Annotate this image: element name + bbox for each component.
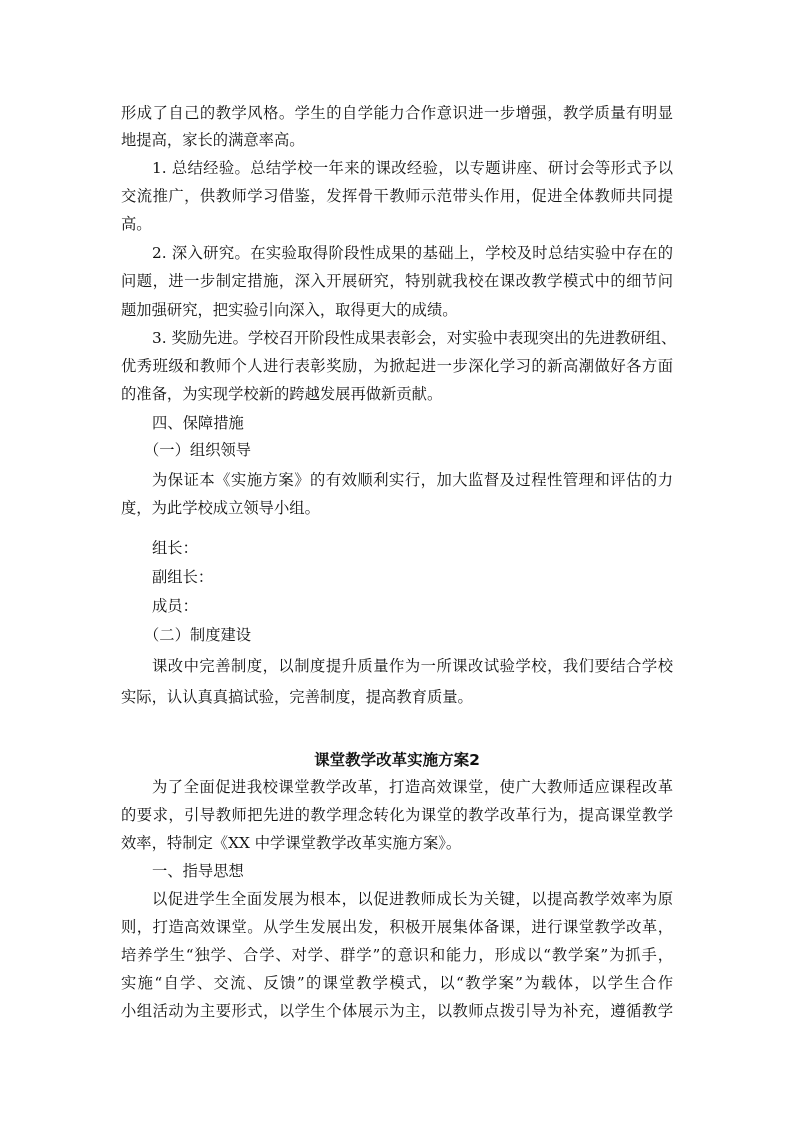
section-heading: 一、指导思想 bbox=[152, 861, 673, 881]
list-item-2-line: 题加强研究，把实验引向深入，取得更大的成绩。 bbox=[121, 300, 673, 320]
paragraph-line: 的要求，引导教师把先进的教学理念转化为课堂的教学改革行为，提高课堂教学 bbox=[121, 805, 673, 825]
list-item-3-line: 3. 奖励先进。学校召开阶段性成果表彰会，对实验中表现突出的先进教研组、 bbox=[152, 328, 673, 348]
paragraph-line: 课改中完善制度，以制度提升质量作为一所课改试验学校，我们要结合学校 bbox=[152, 656, 673, 676]
group-leader-label: 组长： bbox=[152, 538, 673, 558]
document-title: 课堂教学改革实施方案2 bbox=[121, 750, 673, 770]
subsection-heading: （二）制度建设 bbox=[144, 625, 665, 645]
paragraph-line: 则，打造高效课堂。从学生发展出发，积极开展集体备课，进行课堂教学改革， bbox=[121, 917, 673, 937]
paragraph-line: 培养学生“独学、合学、对学、群学”的意识和能力，形成以“教学案”为抓手， bbox=[121, 945, 673, 965]
section-heading: 四、保障措施 bbox=[152, 413, 673, 433]
paragraph-line: 为了全面促进我校课堂教学改革，打造高效课堂，使广大教师适应课程改革 bbox=[152, 777, 673, 797]
paragraph-line: 实际，认认真真搞试验，完善制度，提高教育质量。 bbox=[121, 687, 673, 707]
paragraph-line: 为保证本《实施方案》的有效顺利实行，加大监督及过程性管理和评估的力 bbox=[152, 470, 673, 490]
subsection-heading: （一）组织领导 bbox=[144, 440, 665, 460]
paragraph-line: 地提高，家长的满意率高。 bbox=[121, 130, 673, 150]
list-item-1-line: 交流推广，供教师学习借鉴，发挥骨干教师示范带头作用，促进全体教师共同提 bbox=[121, 186, 673, 206]
list-item-2-line: 2. 深入研究。在实验取得阶段性成果的基础上，学校及时总结实验中存在的 bbox=[152, 243, 673, 263]
list-item-3-line: 优秀班级和教师个人进行表彰奖励，为掀起进一步深化学习的新高潮做好各方面 bbox=[121, 356, 673, 376]
vice-leader-label: 副组长： bbox=[152, 567, 673, 587]
paragraph-line: 效率，特制定《XX 中学课堂教学改革实施方案》。 bbox=[121, 833, 673, 853]
list-item-2-line: 问题，进一步制定措施，深入开展研究，特别就我校在课改教学模式中的细节问 bbox=[121, 271, 673, 291]
list-item-3-line: 的准备，为实现学校新的跨越发展再做新贡献。 bbox=[121, 384, 673, 404]
list-item-1-line: 高。 bbox=[121, 214, 673, 234]
paragraph-line: 度，为此学校成立领导小组。 bbox=[121, 498, 673, 518]
list-item-1-line: 1. 总结经验。总结学校一年来的课改经验，以专题讲座、研讨会等形式予以 bbox=[152, 158, 673, 178]
paragraph-line: 实施“自学、交流、反馈”的课堂教学模式，以“教学案”为载体，以学生合作 bbox=[121, 973, 673, 993]
members-label: 成员： bbox=[152, 596, 673, 616]
paragraph-line: 小组活动为主要形式，以学生个体展示为主，以教师点拨引导为补充，遵循教学 bbox=[121, 1001, 673, 1021]
paragraph-line: 以促进学生全面发展为根本，以促进教师成长为关键，以提高教学效率为原 bbox=[152, 889, 673, 909]
paragraph-line: 形成了自己的教学风格。学生的自学能力合作意识进一步增强，教学质量有明显 bbox=[121, 103, 673, 123]
document-page: 形成了自己的教学风格。学生的自学能力合作意识进一步增强，教学质量有明显 地提高，… bbox=[0, 0, 793, 1122]
